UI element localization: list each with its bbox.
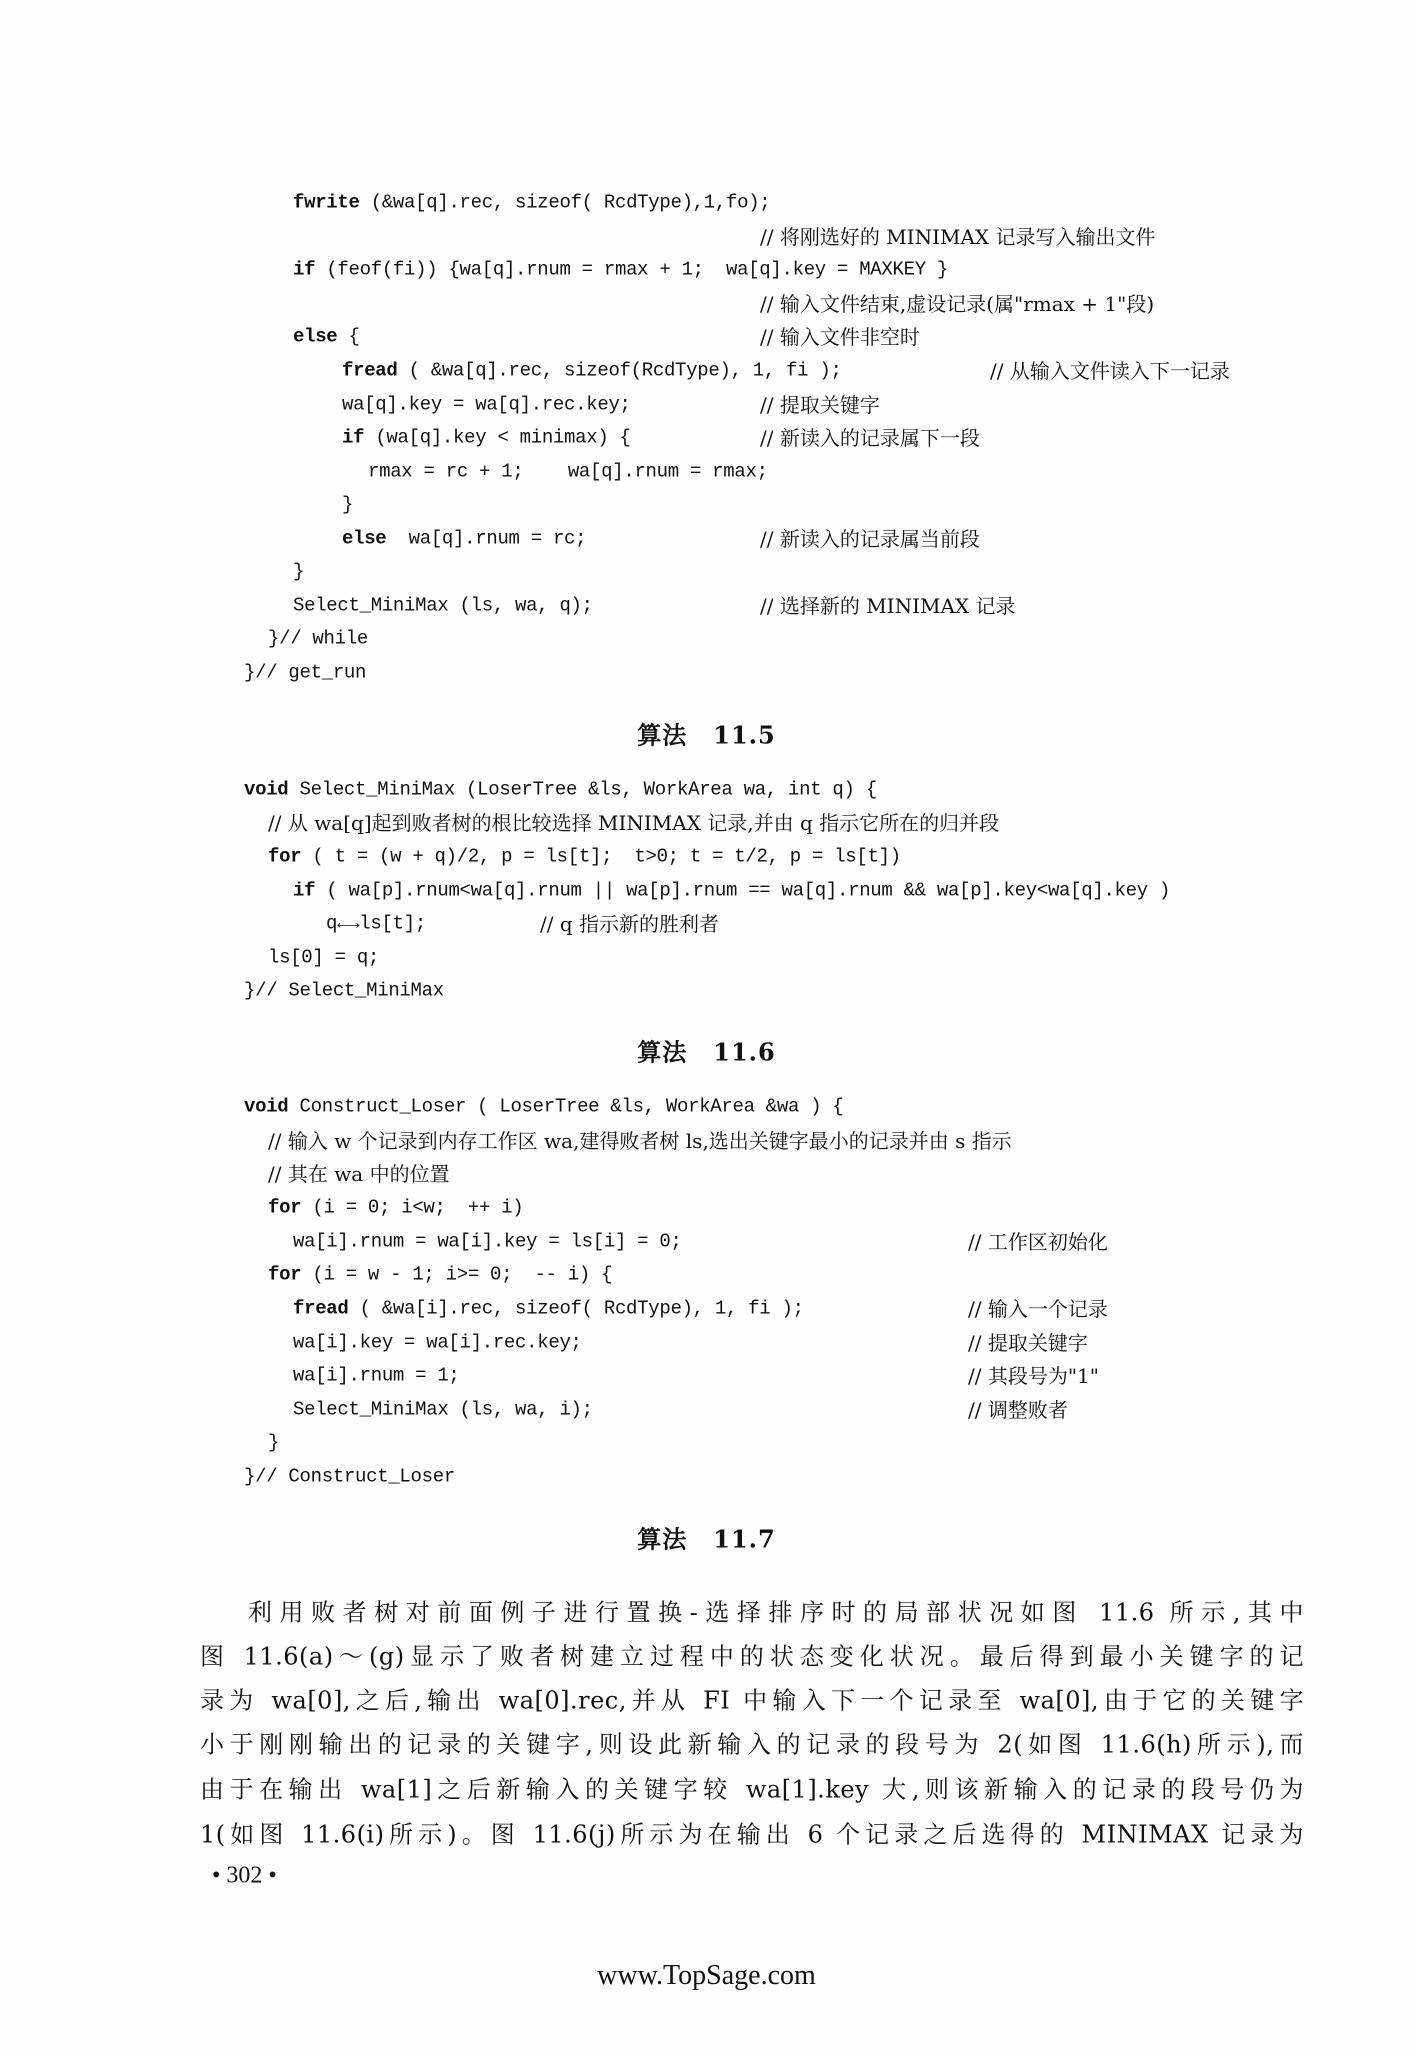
code-line: }// Select_MiniMax (244, 982, 444, 1001)
code-line: }// while (268, 630, 368, 649)
code-line: fread ( &wa[q].rec, sizeof(RcdType), 1, … (342, 362, 842, 381)
code-comment: // 输入 w 个记录到内存工作区 wa,建得败者树 ls,选出关键字最小的记录… (268, 1131, 1012, 1151)
code-line: else wa[q].rnum = rc; (342, 530, 586, 549)
code-line: else { (293, 328, 360, 347)
code-comment: // 输入一个记录 (968, 1299, 1108, 1319)
code-line: ls[0] = q; (268, 949, 379, 968)
code-line: } (342, 496, 353, 515)
code-line: } (293, 563, 304, 582)
paragraph-line: 利用败者树对前面例子进行置换-选择排序时的局部状况如图 11.6 所示,其中 (248, 1593, 1304, 1628)
code-line: Select_MiniMax (ls, wa, i); (293, 1401, 593, 1420)
code-comment: // 从输入文件读入下一记录 (990, 361, 1230, 381)
code-line: fread ( &wa[i].rec, sizeof( RcdType), 1,… (293, 1300, 804, 1319)
code-line: wa[q].key = wa[q].rec.key; (342, 396, 631, 415)
code-line: wa[i].key = wa[i].rec.key; (293, 1334, 582, 1353)
code-comment: // 提取关键字 (760, 395, 880, 415)
code-comment: // 调整败者 (968, 1400, 1068, 1420)
code-line: }// Construct_Loser (244, 1468, 455, 1487)
code-line: Select_MiniMax (ls, wa, q); (293, 597, 593, 616)
code-line: void Construct_Loser ( LoserTree &ls, Wo… (244, 1098, 844, 1117)
algorithm-heading-11-7: 算法11.7 (0, 1520, 1413, 1555)
code-line: for (i = w - 1; i>= 0; -- i) { (268, 1266, 612, 1285)
code-comment: // 工作区初始化 (968, 1232, 1108, 1252)
code-comment: // q 指示新的胜利者 (540, 914, 719, 934)
code-line: for ( t = (w + q)/2, p = ls[t]; t>0; t =… (268, 848, 901, 867)
code-line: wa[i].rnum = wa[i].key = ls[i] = 0; (293, 1233, 682, 1252)
code-line: if (feof(fi)) {wa[q].rnum = rmax + 1; wa… (293, 261, 948, 280)
code-line: rmax = rc + 1; wa[q].rnum = rmax; (368, 463, 768, 482)
algorithm-heading-11-5: 算法11.5 (0, 716, 1413, 751)
code-comment: // 从 wa[q]起到败者树的根比较选择 MINIMAX 记录,并由 q 指示… (268, 813, 999, 833)
code-comment: // 提取关键字 (968, 1333, 1088, 1353)
paragraph-line: 1(如图 11.6(i)所示)。图 11.6(j)所示为在输出 6 个记录之后选… (200, 1815, 1304, 1850)
watermark-link: www.TopSage.com (0, 1960, 1413, 1992)
algorithm-heading-11-6: 算法11.6 (0, 1033, 1413, 1068)
code-comment: // 将刚选好的 MINIMAX 记录写入输出文件 (760, 227, 1156, 247)
code-line: for (i = 0; i<w; ++ i) (268, 1199, 523, 1218)
code-comment: // 输入文件非空时 (760, 327, 920, 347)
code-comment: // 新读入的记录属下一段 (760, 428, 980, 448)
page-number: • 302 • (212, 1863, 277, 1890)
code-line: }// get_run (244, 664, 366, 683)
paragraph-line: 小于刚刚输出的记录的关键字,则设此新输入的记录的段号为 2(如图 11.6(h)… (200, 1725, 1304, 1760)
code-comment: // 选择新的 MINIMAX 记录 (760, 596, 1016, 616)
code-comment: // 其段号为"1" (968, 1366, 1099, 1386)
paragraph-line: 由于在输出 wa[1]之后新输入的关键字较 wa[1].key 大,则该新输入的… (200, 1770, 1304, 1805)
paragraph-line: 图 11.6(a)～(g)显示了败者树建立过程中的状态变化状况。最后得到最小关键… (200, 1637, 1304, 1672)
code-line: void Select_MiniMax (LoserTree &ls, Work… (244, 781, 877, 800)
code-comment: // 其在 wa 中的位置 (268, 1164, 450, 1184)
code-line: fwrite (&wa[q].rec, sizeof( RcdType),1,f… (293, 194, 770, 213)
code-comment: // 新读入的记录属当前段 (760, 529, 980, 549)
paragraph-line: 录为 wa[0],之后,输出 wa[0].rec,并从 FI 中输入下一个记录至… (200, 1681, 1304, 1716)
code-line: q←→ls[t]; (326, 915, 426, 934)
code-line: } (268, 1434, 279, 1453)
code-line: if (wa[q].key < minimax) { (342, 429, 631, 448)
book-page: fwrite (&wa[q].rec, sizeof( RcdType),1,f… (0, 0, 1413, 2053)
code-line: wa[i].rnum = 1; (293, 1367, 460, 1386)
code-line: if ( wa[p].rnum<wa[q].rnum || wa[p].rnum… (293, 882, 1170, 901)
code-comment: // 输入文件结束,虚设记录(属"rmax + 1"段) (760, 294, 1154, 314)
